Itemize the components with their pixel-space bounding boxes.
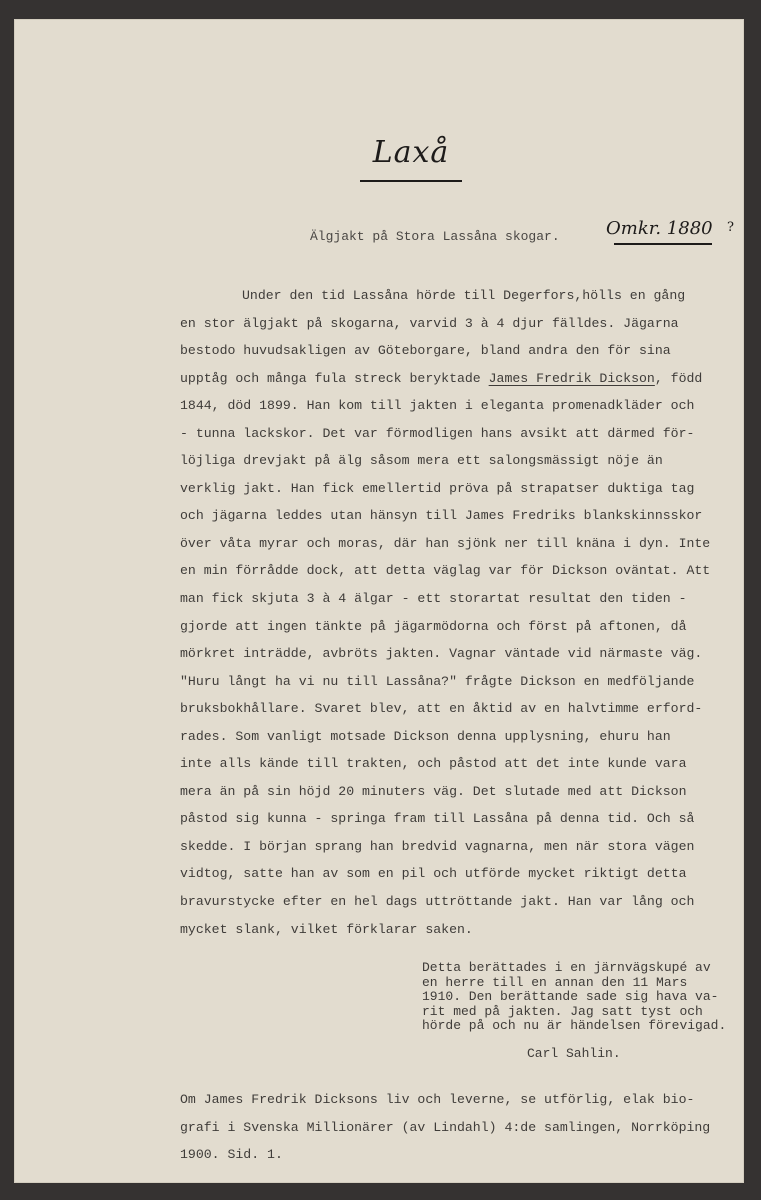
body-line-text: upptåg och många fula streck beryktade	[180, 371, 489, 386]
body-line: rades. Som vanligt motsade Dickson denna…	[180, 723, 740, 751]
body-line: påstod sig kunna - springa fram till Las…	[180, 805, 740, 833]
handwritten-question-mark: ?	[727, 220, 734, 235]
body-line-suffix: , född	[655, 371, 702, 386]
body-line: över våta myrar och moras, där han sjönk…	[180, 530, 740, 558]
note-line: rit med på jakten. Jag satt tyst och	[422, 1005, 726, 1020]
note-line: Detta berättades i en järnvägskupé av	[422, 961, 726, 976]
body-line: mera än på sin höjd 20 minuters väg. Det…	[180, 778, 740, 806]
body-line: vidtog, satte han av som en pil och utfö…	[180, 860, 740, 888]
body-line: mycket slank, vilket förklarar saken.	[180, 916, 740, 944]
body-line: skedde. I början sprang han bredvid vagn…	[180, 833, 740, 861]
body-line: mörkret inträdde, avbröts jakten. Vagnar…	[180, 640, 740, 668]
footer-line: 1900. Sid. 1.	[180, 1141, 740, 1169]
body-line: inte alls kände till trakten, och påstod…	[180, 750, 740, 778]
handwritten-title: Laxå	[360, 135, 462, 170]
note-line: 1910. Den berättande sade sig hava va-	[422, 990, 726, 1005]
body-line: bestodo huvudsakligen av Göteborgare, bl…	[180, 337, 740, 365]
body-line: bruksbokhållare. Svaret blev, att en åkt…	[180, 695, 740, 723]
signature: Carl Sahlin.	[527, 1046, 621, 1061]
body-line: bravurstycke efter en hel dags uttröttan…	[180, 888, 740, 916]
body-line: - tunna lackskor. Det var förmodligen ha…	[180, 420, 740, 448]
body-line: 1844, död 1899. Han kom till jakten i el…	[180, 392, 740, 420]
title-underline	[360, 180, 462, 182]
date-underline	[614, 243, 712, 245]
body-line: upptåg och många fula streck beryktade J…	[180, 365, 740, 393]
note-line: hörde på och nu är händelsen förevigad.	[422, 1019, 726, 1034]
body-line: man fick skjuta 3 à 4 älgar - ett storar…	[180, 585, 740, 613]
body-line: och jägarna leddes utan hänsyn till Jame…	[180, 502, 740, 530]
body-line: löjliga drevjakt på älg såsom mera ett s…	[180, 447, 740, 475]
body-line: gjorde att ingen tänkte på jägarmödorna …	[180, 613, 740, 641]
side-note: Detta berättades i en järnvägskupé av en…	[422, 961, 726, 1034]
footer-line: grafi i Svenska Millionärer (av Lindahl)…	[180, 1114, 740, 1142]
body-text: Under den tid Lassåna hörde till Degerfo…	[180, 282, 740, 943]
underlined-name: James Fredrik Dickson	[489, 371, 655, 386]
handwritten-date: Omkr. 1880	[606, 218, 713, 239]
body-line: "Huru långt ha vi nu till Lassåna?" fråg…	[180, 668, 740, 696]
footer-line: Om James Fredrik Dicksons liv och levern…	[180, 1086, 740, 1114]
subtitle: Älgjakt på Stora Lassåna skogar.	[310, 229, 560, 244]
body-line: Under den tid Lassåna hörde till Degerfo…	[180, 282, 740, 310]
body-line: en stor älgjakt på skogarna, varvid 3 à …	[180, 310, 740, 338]
note-line: en herre till en annan den 11 Mars	[422, 976, 726, 991]
body-line: en min förrådde dock, att detta väglag v…	[180, 557, 740, 585]
body-line: verklig jakt. Han fick emellertid pröva …	[180, 475, 740, 503]
footer-reference: Om James Fredrik Dicksons liv och levern…	[180, 1086, 740, 1169]
